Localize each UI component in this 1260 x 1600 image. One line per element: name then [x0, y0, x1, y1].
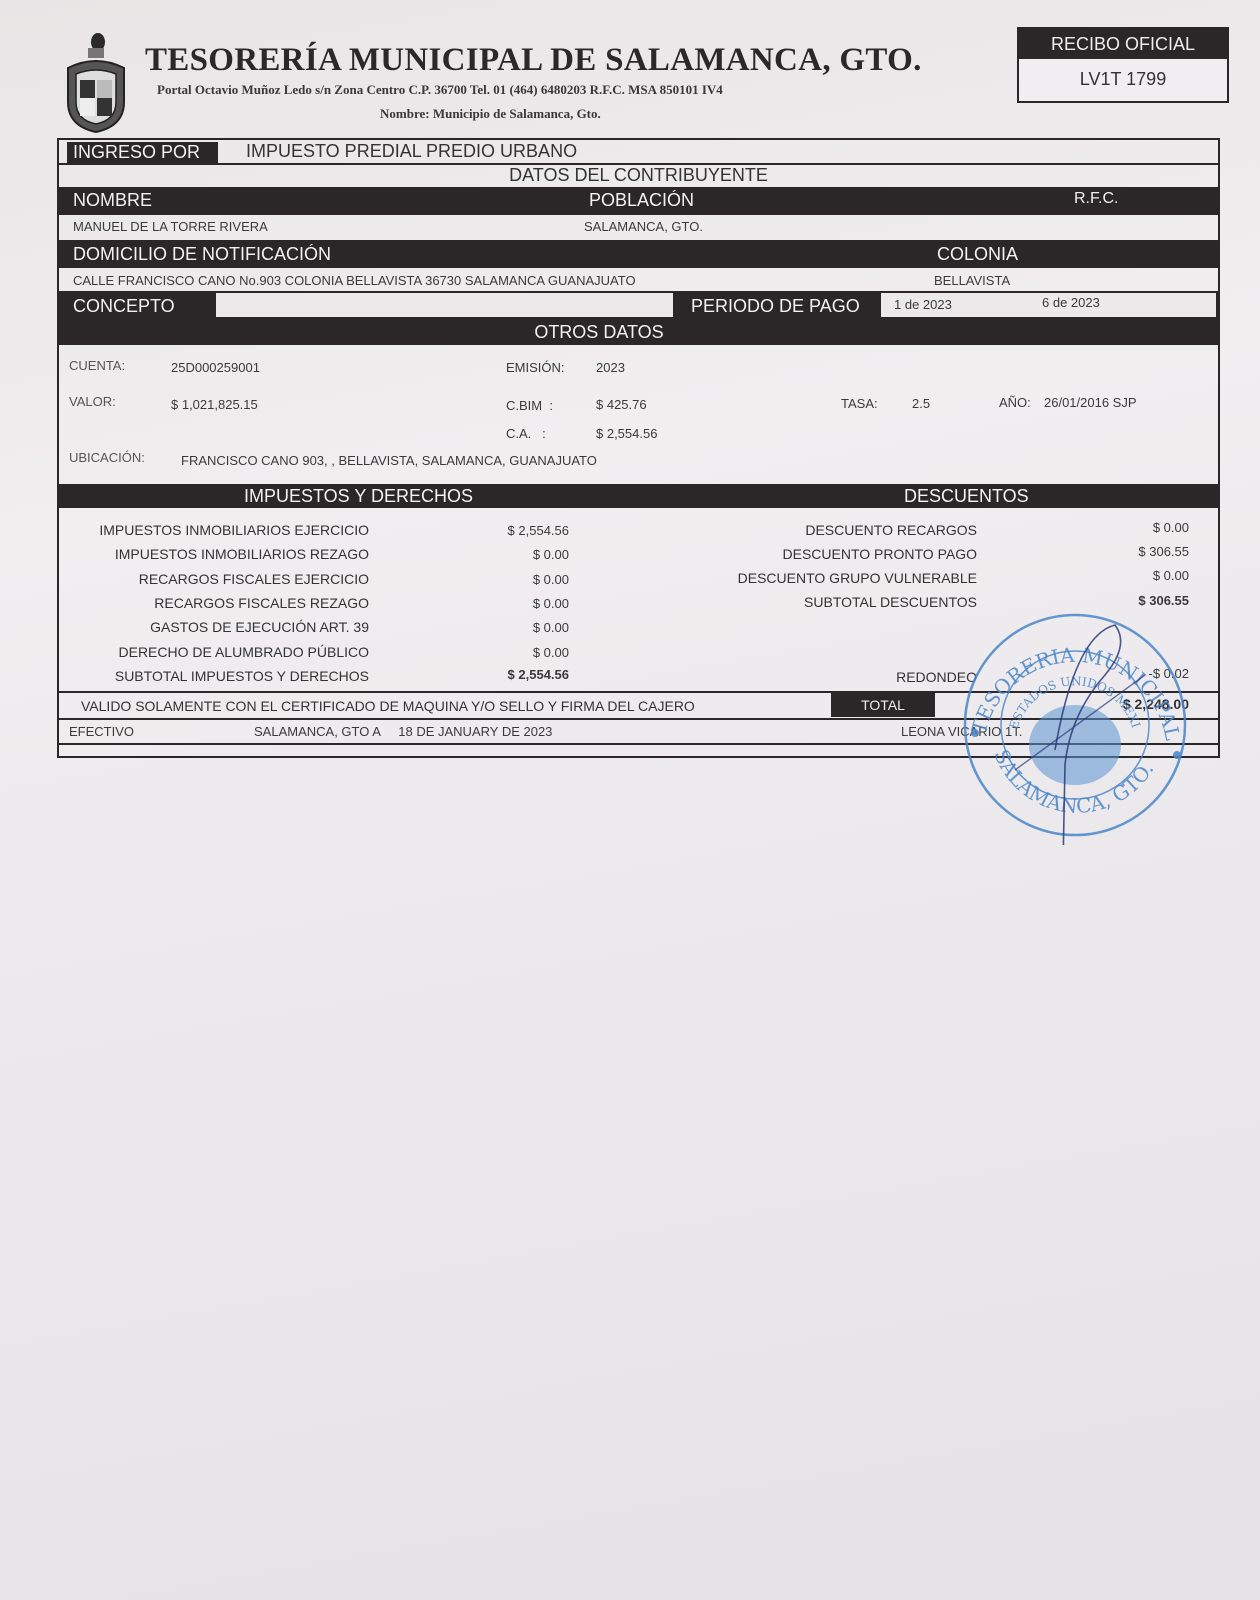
- municipal-coat-of-arms-icon: [60, 30, 132, 135]
- poblacion-label: POBLACIÓN: [589, 190, 694, 211]
- page-title: TESORERÍA MUNICIPAL DE SALAMANCA, GTO.: [145, 42, 922, 79]
- emision-value: 2023: [596, 360, 625, 375]
- concepto-value: [216, 293, 673, 317]
- impuestos-descuentos-bar: [59, 484, 1218, 508]
- descuento-item-label: DESCUENTO RECARGOS: [699, 522, 977, 538]
- payment-method: EFECTIVO: [69, 724, 134, 739]
- nombre-value: MANUEL DE LA TORRE RIVERA: [73, 219, 268, 234]
- treasury-address: Portal Octavio Muñoz Ledo s/n Zona Centr…: [157, 82, 723, 98]
- cuenta-value: 25D000259001: [171, 360, 260, 375]
- colonia-label: COLONIA: [937, 244, 1018, 265]
- valor-value: $ 1,021,825.15: [171, 397, 258, 412]
- impuesto-item-label: RECARGOS FISCALES REZAGO: [59, 595, 369, 611]
- ca-label: C.A. :: [506, 426, 546, 441]
- descuento-item-amount: $ 0.00: [1069, 520, 1189, 535]
- periodo-hasta: 6 de 2023: [1042, 295, 1100, 310]
- descuentos-subtotal-label: SUBTOTAL DESCUENTOS: [699, 594, 977, 610]
- redondeo-label: REDONDEO: [819, 669, 977, 685]
- tasa-label: TASA:: [841, 396, 878, 411]
- domicilio-label: DOMICILIO DE NOTIFICACIÓN: [73, 244, 331, 265]
- otros-datos-title: OTROS DATOS: [59, 322, 1139, 343]
- ubicacion-label: UBICACIÓN:: [69, 450, 145, 465]
- tasa-value: 2.5: [912, 396, 930, 411]
- impuesto-item-label: IMPUESTOS INMOBILIARIOS REZAGO: [59, 546, 369, 562]
- valor-label: VALOR:: [69, 394, 116, 409]
- eagle-emblem-icon: [1029, 705, 1121, 785]
- impuesto-item-amount: $ 0.00: [439, 547, 569, 562]
- validity-note: VALIDO SOLAMENTE CON EL CERTIFICADO DE M…: [81, 698, 695, 714]
- place-date: SALAMANCA, GTO A 18 DE JANUARY DE 2023: [254, 724, 552, 739]
- anio-value: 26/01/2016 SJP: [1044, 395, 1137, 410]
- periodo-desde: 1 de 2023: [894, 297, 952, 312]
- anio-label: AÑO:: [999, 395, 1031, 410]
- ubicacion-value: FRANCISCO CANO 903, , BELLAVISTA, SALAMA…: [181, 453, 597, 468]
- colonia-value: BELLAVISTA: [934, 273, 1010, 288]
- receipt-label: RECIBO OFICIAL: [1019, 29, 1227, 59]
- impuesto-item-label: DERECHO DE ALUMBRADO PÚBLICO: [59, 644, 369, 660]
- ingreso-value: IMPUESTO PREDIAL PREDIO URBANO: [246, 140, 577, 162]
- descuento-item-label: DESCUENTO PRONTO PAGO: [699, 546, 977, 562]
- impuesto-item-amount: $ 0.00: [439, 645, 569, 660]
- descuento-item-amount: $ 306.55: [1069, 544, 1189, 559]
- municipality-name: Nombre: Municipio de Salamanca, Gto.: [380, 106, 601, 122]
- impuestos-section-title: IMPUESTOS Y DERECHOS: [244, 486, 473, 507]
- contribuyente-section-title: DATOS DEL CONTRIBUYENTE: [59, 164, 1218, 186]
- rfc-label: R.F.C.: [1074, 190, 1118, 208]
- impuesto-item-amount: $ 0.00: [439, 596, 569, 611]
- total-label: TOTAL: [831, 693, 935, 717]
- domicilio-value: CALLE FRANCISCO CANO No.903 COLONIA BELL…: [73, 273, 636, 288]
- impuestos-subtotal-amount: $ 2,554.56: [439, 667, 569, 682]
- impuesto-item-label: IMPUESTOS INMOBILIARIOS EJERCICIO: [59, 522, 369, 538]
- cbim-label: C.BIM :: [506, 398, 553, 413]
- impuesto-item-amount: $ 0.00: [439, 620, 569, 635]
- receipt-number: LV1T 1799: [1019, 59, 1227, 99]
- impuestos-subtotal-label: SUBTOTAL IMPUESTOS Y DERECHOS: [59, 668, 369, 684]
- emision-label: EMISIÓN:: [506, 360, 565, 375]
- descuento-item-amount: $ 0.00: [1069, 568, 1189, 583]
- official-seal-stamp: TESORERIA MUNICIPAL SALAMANCA, GTO. ESTA…: [955, 605, 1195, 845]
- descuento-item-label: DESCUENTO GRUPO VULNERABLE: [699, 570, 977, 586]
- impuesto-item-amount: $ 0.00: [439, 572, 569, 587]
- impuesto-item-label: RECARGOS FISCALES EJERCICIO: [59, 571, 369, 587]
- impuesto-item-amount: $ 2,554.56: [439, 523, 569, 538]
- cuenta-label: CUENTA:: [69, 358, 125, 373]
- descuentos-section-title: DESCUENTOS: [904, 486, 1029, 507]
- periodo-label: PERIODO DE PAGO: [691, 296, 860, 317]
- concepto-label: CONCEPTO: [73, 296, 175, 317]
- poblacion-value: SALAMANCA, GTO.: [584, 219, 703, 234]
- cbim-value: $ 425.76: [596, 397, 647, 412]
- impuesto-item-label: GASTOS DE EJECUCIÓN ART. 39: [59, 619, 369, 635]
- receipt-id-box: RECIBO OFICIAL LV1T 1799: [1017, 27, 1229, 103]
- nombre-label: NOMBRE: [73, 190, 152, 211]
- ingreso-label: INGRESO POR: [67, 142, 218, 163]
- ca-value: $ 2,554.56: [596, 426, 657, 441]
